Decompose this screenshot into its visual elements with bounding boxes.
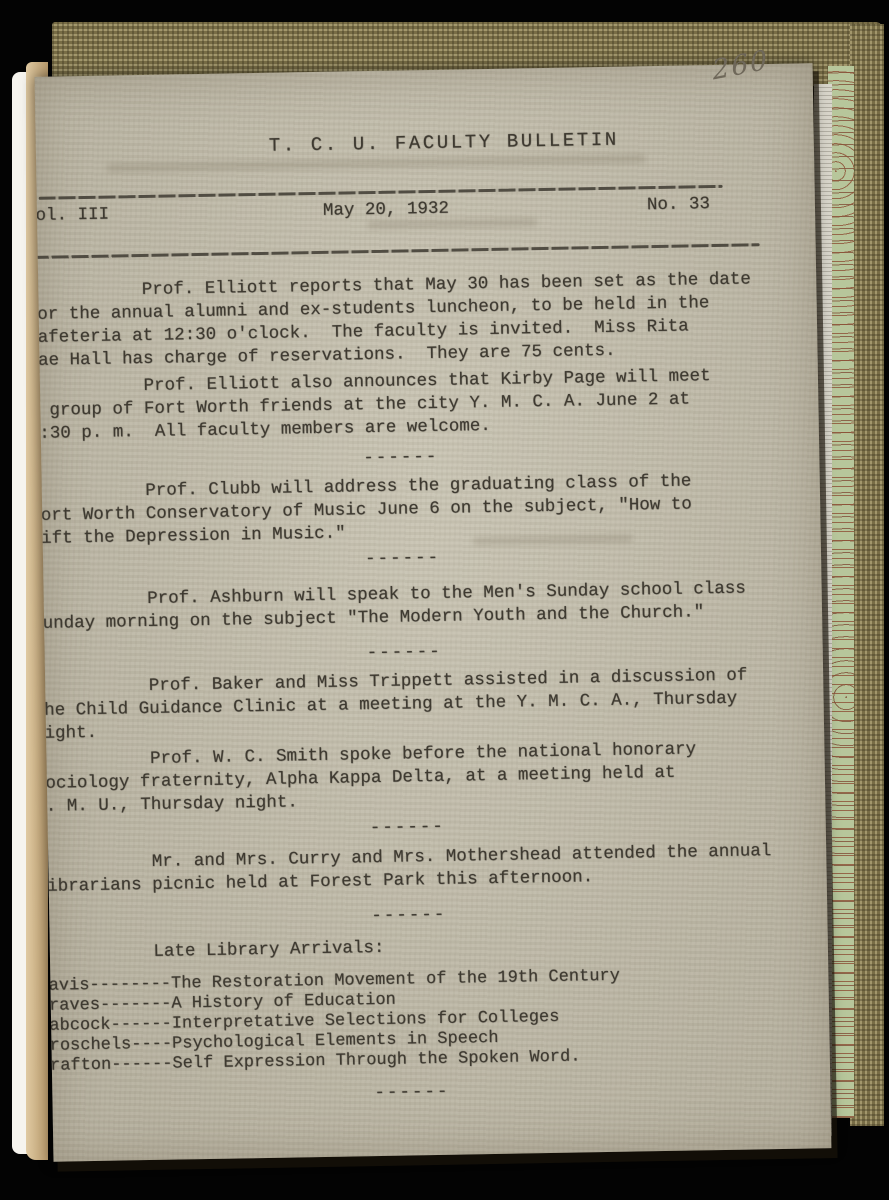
- typed-separator: ------: [367, 641, 442, 665]
- paragraph-smith: Prof. W. C. Smith spoke before the natio…: [35, 738, 697, 819]
- paragraph-kirby-page: Prof. Elliott also announces that Kirby …: [35, 365, 712, 446]
- typed-separator: ------: [371, 904, 446, 928]
- typed-separator: ------: [365, 547, 440, 571]
- book-cover-right: [850, 24, 884, 1126]
- masthead-rule-top: [39, 185, 723, 200]
- paragraph-baker-trippett: Prof. Baker and Miss Trippett assisted i…: [35, 665, 749, 746]
- typed-separator: ------: [363, 446, 438, 470]
- paragraph-clubb: Prof. Clubb will address the graduating …: [35, 470, 693, 551]
- paragraph-librarians-picnic: Mr. and Mrs. Curry and Mrs. Mothershead …: [36, 840, 772, 899]
- paragraph-alumni-luncheon: Prof. Elliott reports that May 30 has be…: [35, 268, 753, 373]
- library-arrivals-heading: Late Library Arrivals:: [38, 937, 385, 966]
- typed-separator: ------: [370, 816, 445, 840]
- masthead-date: May 20, 1932: [323, 198, 449, 223]
- page-title: T. C. U. FACULTY BULLETIN: [269, 129, 619, 158]
- bulletin-page: T. C. U. FACULTY BULLETIN Vol. III May 2…: [35, 63, 832, 1161]
- masthead-issue-number: No. 33: [647, 193, 710, 217]
- typed-separator: ------: [374, 1081, 449, 1105]
- masthead-rule-bottom: [35, 243, 760, 259]
- ink-bleedthrough-smudge: [106, 154, 646, 172]
- masthead-volume: Vol. III: [35, 204, 110, 228]
- paragraph-ashburn: Prof. Ashburn will speak to the Men's Su…: [35, 578, 747, 636]
